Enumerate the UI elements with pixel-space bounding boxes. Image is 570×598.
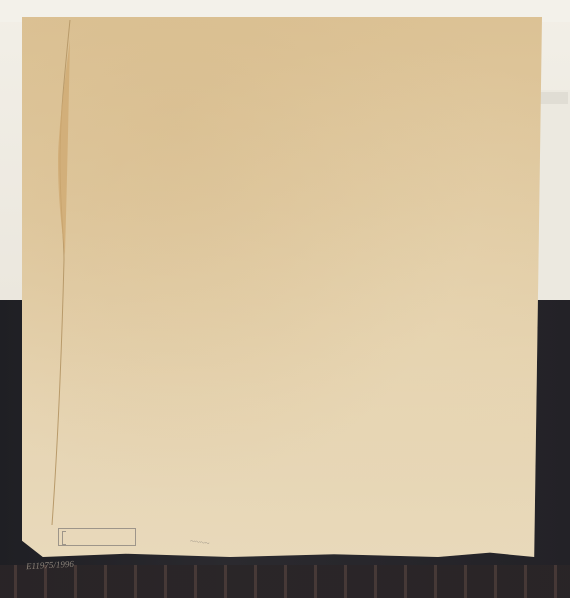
backing-texture	[0, 565, 570, 598]
paper-fold-crease	[50, 20, 80, 525]
mount-tab	[538, 92, 568, 104]
paper-sheet	[22, 17, 542, 557]
collection-stamp	[58, 528, 136, 546]
